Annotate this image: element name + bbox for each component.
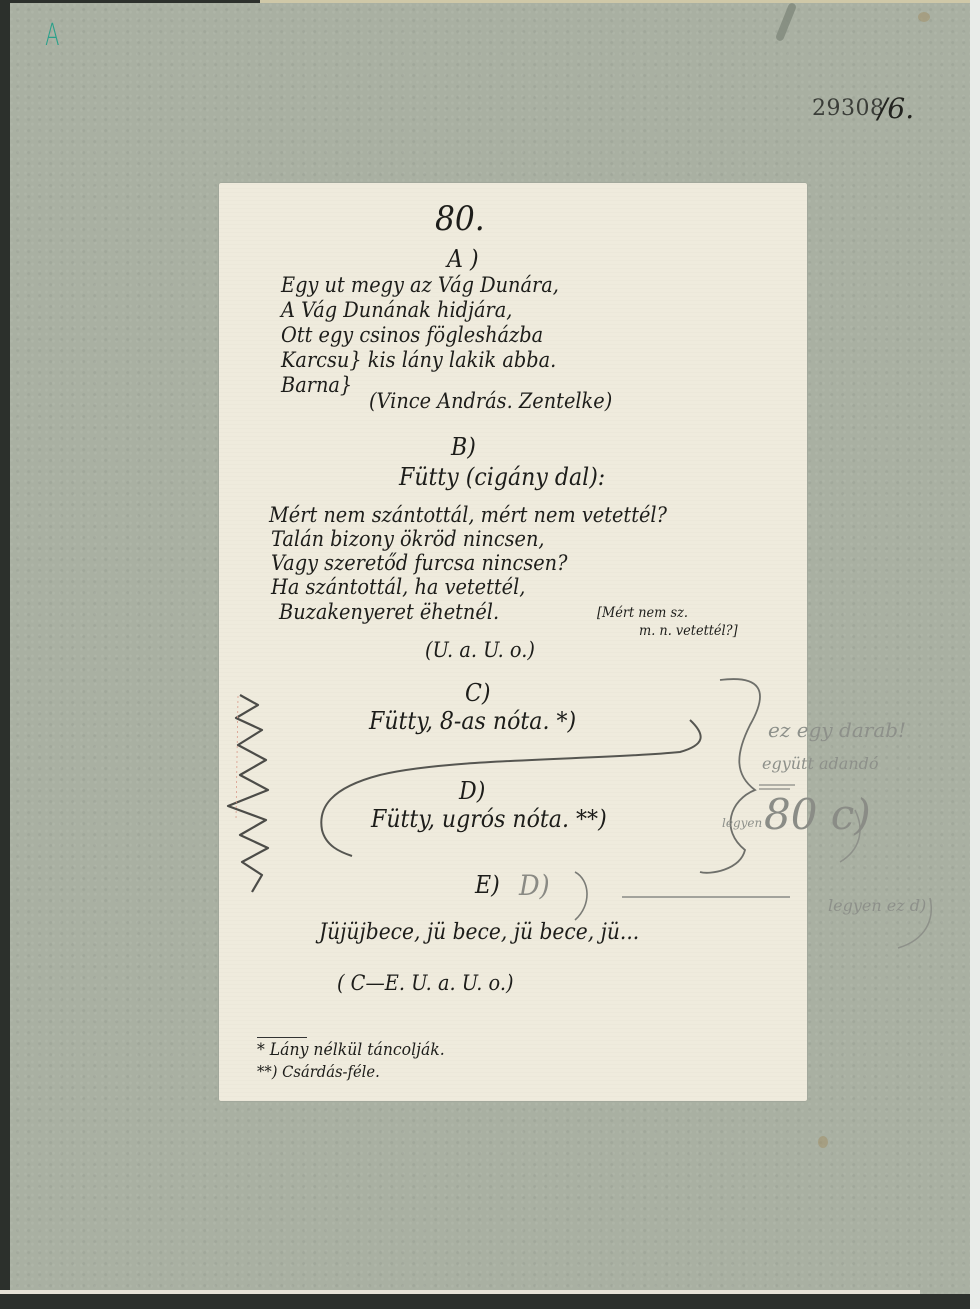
section-a-label: A ) <box>447 245 479 273</box>
section-a-line-1: Egy ut megy az Vág Dunára, <box>281 273 559 298</box>
section-e-source: ( C—E. U. a. U. o.) <box>337 971 514 996</box>
section-b-bracket-note-2: m. n. vetettél?] <box>639 623 738 639</box>
section-e-pencil-overwrite: D) <box>519 869 550 902</box>
pencil-note-prefix: legyen <box>722 816 762 830</box>
section-b-line-2: Talán bizony ökröd nincsen, <box>271 527 545 552</box>
section-c-label: C) <box>465 679 491 707</box>
section-a-line-5: Barna} <box>281 373 352 398</box>
section-b-line-1: Mért nem szántottál, mért nem vetettél? <box>269 503 667 528</box>
section-b-line-5: Buzakenyeret ëhetnél. <box>279 600 499 625</box>
section-b-title: Fütty (cigány dal): <box>399 463 605 491</box>
inventory-suffix: /6. <box>878 92 914 125</box>
section-b-source: (U. a. U. o.) <box>425 638 535 663</box>
section-d-label: D) <box>459 777 485 805</box>
section-c-title: Fütty, 8-as nóta. *) <box>369 707 576 735</box>
section-a-line-2: A Vág Dunának hidjára, <box>281 298 512 323</box>
section-e-line: Jüjüjbece, jü bece, jü bece, jü... <box>319 921 639 946</box>
section-a-line-4: Karcsu} kis lány lakik abba. <box>281 348 556 373</box>
stain-mark <box>918 12 930 22</box>
board-top-edge <box>260 0 970 3</box>
section-b-label: B) <box>451 433 476 461</box>
board-bottom-edge <box>0 1290 920 1294</box>
footnote-1: * Lány nélkül táncolják. <box>257 1040 445 1060</box>
section-e-label: E) <box>475 871 500 899</box>
pencil-note-number: 80 c) <box>764 790 871 839</box>
section-b-bracket-note-1: [Mért nem sz. <box>597 605 688 621</box>
stain-mark <box>818 1136 828 1148</box>
scan-right-edge <box>970 0 980 1309</box>
inventory-number: 29308 <box>812 96 885 121</box>
pencil-note-line-1: ez egy darab! <box>768 718 906 742</box>
section-b-line-3: Vagy szeretőd furcsa nincsen? <box>271 551 567 576</box>
section-d-title: Fütty, ugrós nóta. **) <box>371 805 607 833</box>
section-a-source: (Vince András. Zentelke) <box>369 389 612 414</box>
section-a-line-3: Ott egy csinos föglesházba <box>281 323 543 348</box>
pencil-note-lower: legyen ez d) <box>828 896 926 915</box>
footnote-rule <box>257 1037 307 1038</box>
manuscript-sheet: 80. A ) Egy ut megy az Vág Dunára, A Vág… <box>219 183 807 1101</box>
song-number: 80. <box>435 199 485 239</box>
footnote-2: **) Csárdás-féle. <box>257 1062 380 1081</box>
section-b-line-4: Ha szántottál, ha vetettél, <box>271 575 525 600</box>
pencil-note-line-2: együtt adandó <box>762 754 879 773</box>
corner-mark: A <box>45 18 59 53</box>
